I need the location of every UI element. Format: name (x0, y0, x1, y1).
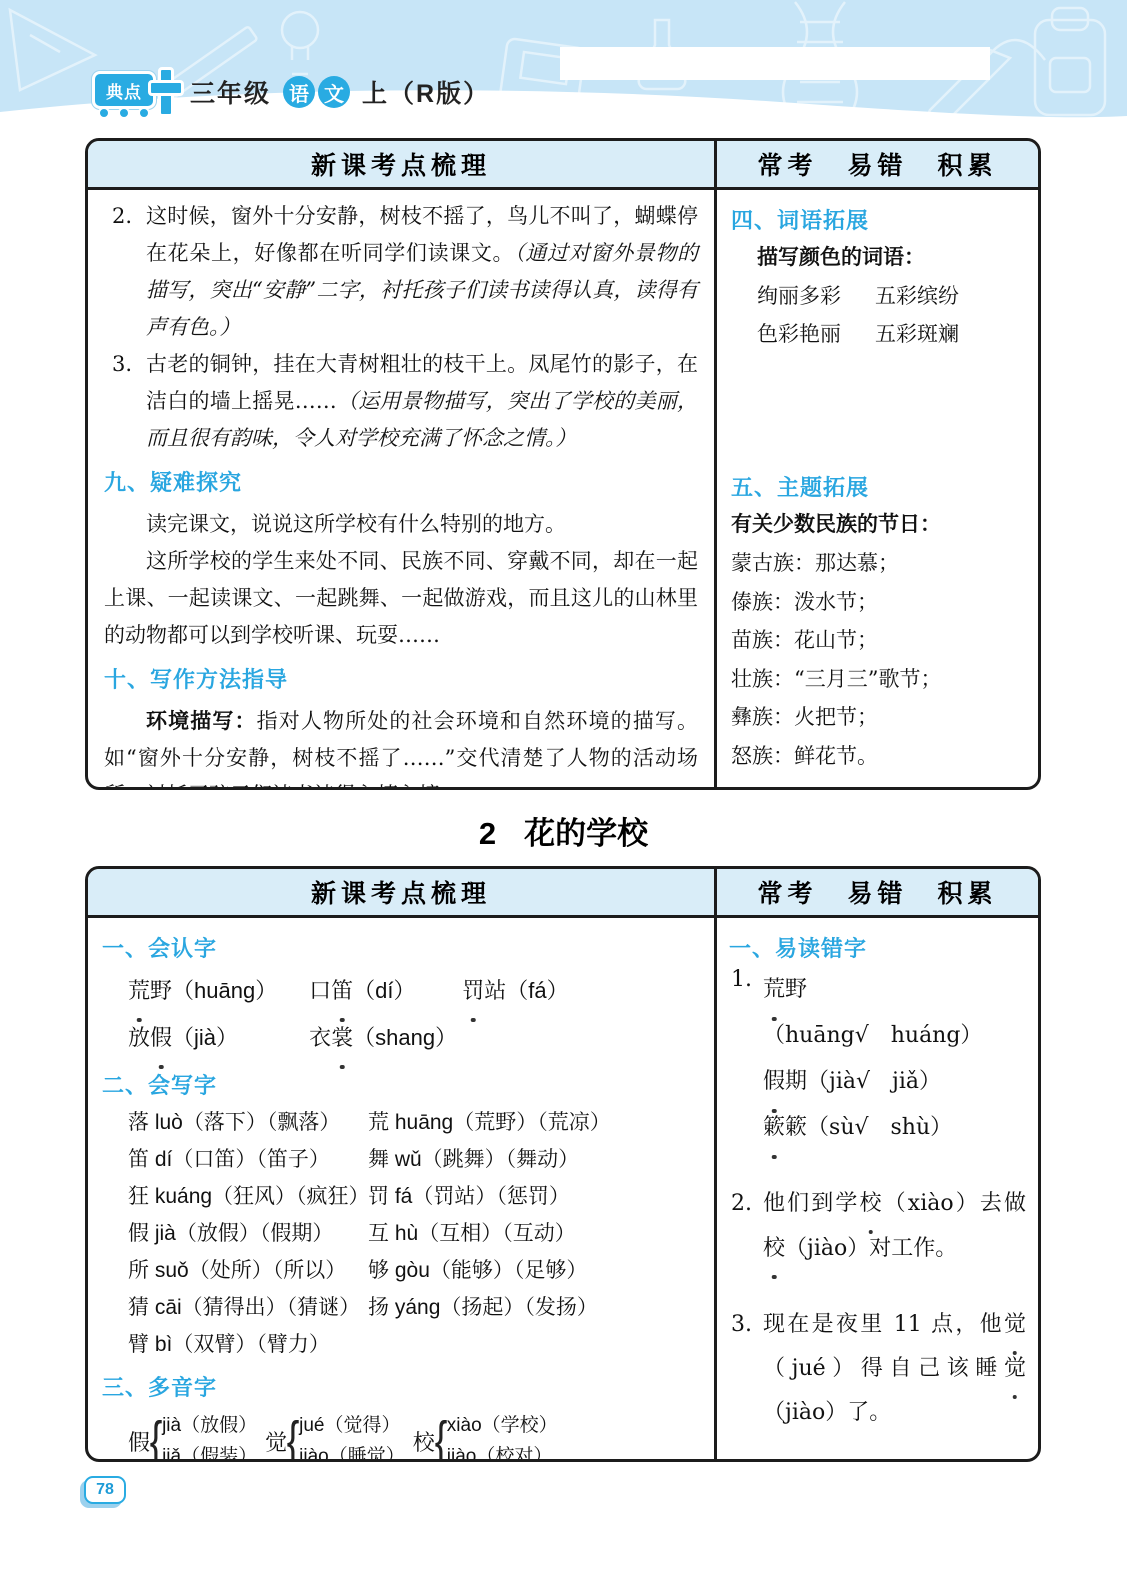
color-words-subtitle: 描写颜色的词语： (729, 239, 1026, 277)
duoyin-group: 假 { jià（放假）jiǎ（假装） (128, 1410, 257, 1459)
brand-logo-text: 典点 (92, 71, 156, 109)
item-number: 1. (731, 967, 752, 992)
section-heading-yidu: 一、易读错字 (729, 932, 1012, 963)
subject-badges: 语 文 (283, 76, 350, 108)
duoyin-reading: jué（觉得） (299, 1410, 405, 1441)
xiezi-row: 所 suǒ（处所）（所以）够 gòu（能够）（足够） (88, 1252, 714, 1289)
lesson-number: 2 (479, 816, 496, 851)
section-heading-10: 十、写作方法指导 (104, 662, 684, 699)
duoyin-group: 校 { xiào（学校）jiào（校对） (413, 1410, 558, 1459)
brace-glyph: { (434, 1414, 447, 1459)
duoyin-reading: jiǎ（假装） (162, 1441, 257, 1459)
section-heading-9: 九、疑难探究 (104, 465, 684, 502)
misread-item-2: 2.他们到学校（xiào）去做校（jiào）对工作。 (727, 1181, 1026, 1271)
review-table-lesson1: 新课考点梳理 常考 易错 积累 2.这时候，窗外十分安静，树枝不摇了，鸟儿不叫了… (85, 138, 1041, 790)
paragraph: 这所学校的学生来处不同、民族不同、穿戴不同，却在一起上课、一起读课文、一起跳舞、… (104, 543, 698, 654)
brace-glyph: { (287, 1414, 300, 1459)
header-blank-box (560, 47, 990, 80)
xiezi-entry: 猜 cāi（猜得出）（猜谜） (128, 1289, 368, 1326)
analysis-item-2: 2.这时候，窗外十分安静，树枝不摇了，鸟儿不叫了，蝴蝶停在花朵上，好像都在听同学… (104, 198, 698, 346)
renzi-word: 罚站（fá） (462, 978, 568, 1003)
item-number: 2. (112, 198, 132, 235)
brace-glyph: { (150, 1414, 163, 1459)
xiezi-row: 臂 bì（双臂）（臂力） (88, 1326, 714, 1363)
xiezi-entry: 所 suǒ（处所）（所以） (128, 1252, 368, 1289)
festival-line: 怒族：鲜花节。 (729, 737, 1026, 776)
item-number: 2. (731, 1181, 752, 1226)
section-heading-xiezi: 二、会写字 (102, 1069, 700, 1100)
misread-word: 荒野（huāng√ huáng） (763, 967, 1026, 1059)
misread-word: 簌簌（sù√ shù） (763, 1105, 1026, 1151)
festival-line: 壮族：“三月三”歌节； (729, 660, 1026, 699)
paragraph: 读完课文，说说这所学校有什么特别的地方。 (104, 506, 698, 543)
table1-right-column: 四、词语拓展 描写颜色的词语： 绚丽多彩 五彩缤纷 色彩艳丽 五彩斑斓 五、主题… (717, 190, 1038, 787)
paragraph-lead: 环境描写： (146, 710, 257, 733)
festivals-subtitle: 有关少数民族的节日： (729, 506, 1026, 544)
misread-item-1: 1. 荒野（huāng√ huáng） 假期（jià√ jiǎ） 簌簌（sù√ … (727, 967, 1026, 1151)
xiezi-row: 狂 kuáng（狂风）（疯狂）罚 fá（罚站）（惩罚） (88, 1178, 714, 1215)
brand-logo-wheels (98, 107, 150, 119)
duoyin-reading: jiào（睡觉） (299, 1441, 405, 1459)
duoyin-char: 假 (128, 1426, 150, 1457)
misread-item-3: 3.现在是夜里 11 点，他觉（jué）得自己该睡觉（jiào）了。 (727, 1303, 1026, 1435)
table1-left-column: 2.这时候，窗外十分安静，树枝不摇了，鸟儿不叫了，蝴蝶停在花朵上，好像都在听同学… (88, 190, 717, 787)
duoyin-reading: jià（放假） (162, 1410, 257, 1441)
analysis-item-3: 3.古老的铜钟，挂在大青树粗壮的枝干上。凤尾竹的影子，在洁白的墙上摇晃……（运用… (104, 346, 698, 457)
page-number-badge: 78 (84, 1476, 126, 1504)
paragraph: 环境描写：指对人物所处的社会环境和自然环境的描写。如“窗外十分安静，树枝不摇了…… (104, 703, 698, 787)
xiezi-entry: 罚 fá（罚站）（惩罚） (368, 1178, 570, 1215)
duoyin-groups: 假 { jià（放假）jiǎ（假装） 觉 { jué（觉得）jiào（睡觉） 校… (88, 1410, 714, 1459)
renzi-word: 放假（jià） (128, 1014, 303, 1061)
renzi-row: 放假（jià） 衣裳（shang） (88, 1014, 714, 1061)
section-heading-duoyin: 三、多音字 (102, 1371, 700, 1402)
subject-badge-yu: 语 (283, 76, 315, 108)
table2-header-left: 新课考点梳理 (88, 869, 717, 915)
item-number: 3. (731, 1303, 752, 1347)
brand-logo-cross (148, 67, 178, 111)
table1-header-left: 新课考点梳理 (88, 141, 717, 187)
color-word: 色彩艳丽 (757, 315, 875, 353)
section-heading-5: 五、主题拓展 (731, 471, 1012, 502)
xiezi-row: 笛 dí（口笛）（笛子）舞 wǔ（跳舞）（舞动） (88, 1141, 714, 1178)
color-word: 五彩缤纷 (875, 277, 959, 315)
duoyin-reading: jiào（校对） (447, 1441, 558, 1459)
xiezi-entry: 假 jià（放假）（假期） (128, 1215, 368, 1252)
festival-line: 苗族：花山节； (729, 621, 1026, 660)
festival-line: 傣族：泼水节； (729, 583, 1026, 622)
duoyin-char: 校 (413, 1426, 435, 1457)
grade-label: 三年级 (190, 74, 271, 110)
section-heading-4: 四、词语拓展 (731, 204, 1012, 235)
brand-row: 典点 三年级 语 文 上（R版） (92, 66, 490, 118)
duoyin-char: 觉 (265, 1426, 287, 1457)
renzi-word: 口笛（dí） (309, 967, 456, 1014)
table2-left-column: 一、会认字 荒野（huāng） 口笛（dí） 罚站（fá） 放假（jià） 衣裳… (88, 918, 717, 1459)
section-heading-renzi: 一、会认字 (102, 932, 700, 963)
duoyin-group: 觉 { jué（觉得）jiào（睡觉） (265, 1410, 405, 1459)
color-words-row: 绚丽多彩 五彩缤纷 (729, 277, 1026, 315)
brand-logo: 典点 (92, 67, 178, 117)
xiezi-entry: 够 gòu（能够）（足够） (368, 1252, 587, 1289)
xiezi-entry: 笛 dí（口笛）（笛子） (128, 1141, 368, 1178)
renzi-word: 荒野（huāng） (128, 967, 303, 1014)
table1-header-right: 常考 易错 积累 (717, 141, 1038, 187)
subject-badge-wen: 文 (318, 76, 350, 108)
duoyin-reading: xiào（学校） (447, 1410, 558, 1441)
xiezi-row: 落 luò（落下）（飘落）荒 huāng（荒野）（荒凉） (88, 1104, 714, 1141)
table1-header-row: 新课考点梳理 常考 易错 积累 (88, 141, 1038, 190)
color-word: 五彩斑斓 (875, 315, 959, 353)
xiezi-entry: 互 hù（互相）（互动） (368, 1215, 576, 1252)
festival-line: 蒙古族：那达慕； (729, 544, 1026, 583)
xiezi-entry: 臂 bì（双臂）（臂力） (128, 1326, 368, 1363)
xiezi-entry: 荒 huāng（荒野）（荒凉） (368, 1104, 611, 1141)
color-words-row: 色彩艳丽 五彩斑斓 (729, 315, 1026, 353)
item-number: 3. (112, 346, 132, 383)
misread-word: 假期（jià√ jiǎ） (763, 1059, 1026, 1105)
lesson-title: 2花的学校 (0, 808, 1127, 853)
xiezi-row: 假 jià（放假）（假期）互 hù（互相）（互动） (88, 1215, 714, 1252)
xiezi-entry: 舞 wǔ（跳舞）（舞动） (368, 1141, 579, 1178)
table2-header-row: 新课考点梳理 常考 易错 积累 (88, 869, 1038, 918)
edition-label: 上（R版） (362, 74, 490, 110)
xiezi-entry: 狂 kuáng（狂风）（疯狂） (128, 1178, 368, 1215)
review-table-lesson2: 新课考点梳理 常考 易错 积累 一、会认字 荒野（huāng） 口笛（dí） 罚… (85, 866, 1041, 1462)
color-word: 绚丽多彩 (757, 277, 875, 315)
xiezi-entry: 扬 yáng（扬起）（发扬） (368, 1289, 598, 1326)
page-header: 典点 三年级 语 文 上（R版） (0, 0, 1127, 150)
lesson-name: 花的学校 (524, 816, 648, 851)
renzi-row: 荒野（huāng） 口笛（dí） 罚站（fá） (88, 967, 714, 1014)
xiezi-row: 猜 cāi（猜得出）（猜谜）扬 yáng（扬起）（发扬） (88, 1289, 714, 1326)
xiezi-entry: 落 luò（落下）（飘落） (128, 1104, 368, 1141)
table2-header-right: 常考 易错 积累 (717, 869, 1038, 915)
table2-right-column: 一、易读错字 1. 荒野（huāng√ huáng） 假期（jià√ jiǎ） … (717, 918, 1038, 1459)
renzi-word: 衣裳（shang） (309, 1025, 457, 1050)
festival-line: 彝族：火把节； (729, 698, 1026, 737)
